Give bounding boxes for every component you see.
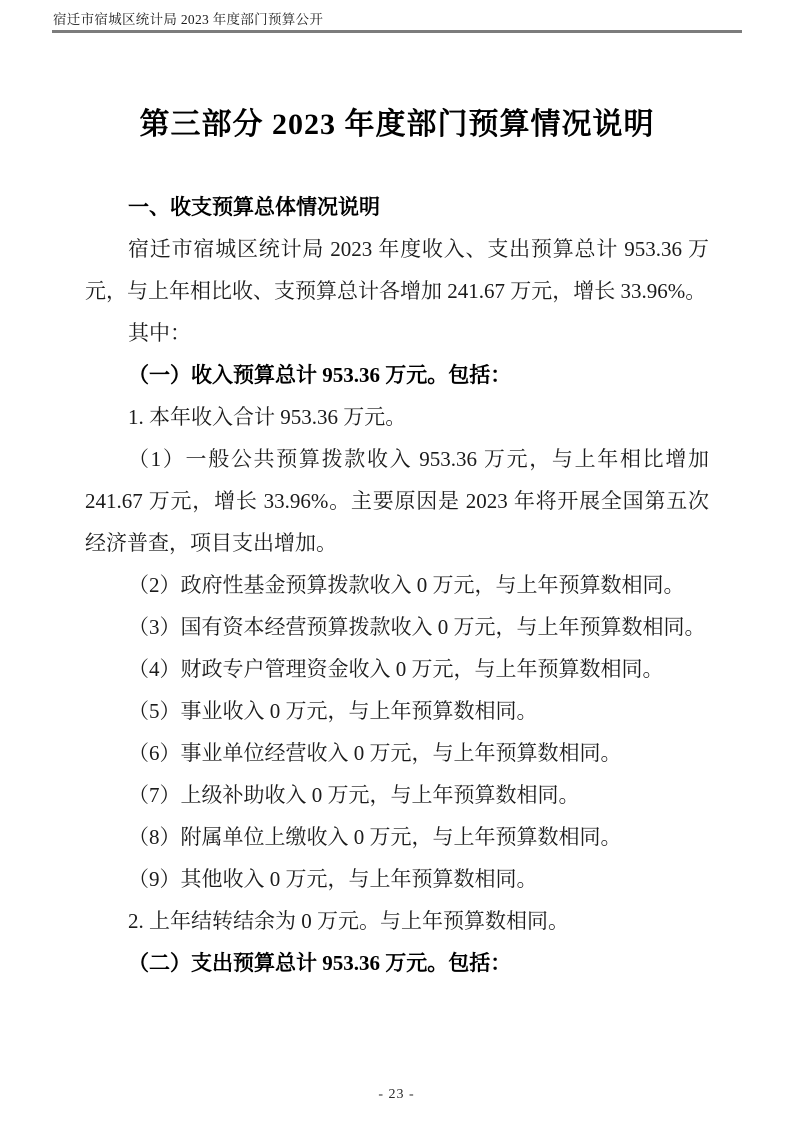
para-income-item-5: （5）事业收入 0 万元，与上年预算数相同。: [85, 690, 709, 732]
para-among-which: 其中：: [85, 312, 709, 354]
para-carryover-balance: 2. 上年结转结余为 0 万元。与上年预算数相同。: [85, 900, 709, 942]
para-income-item-9: （9）其他收入 0 万元，与上年预算数相同。: [85, 858, 709, 900]
running-header: 宿迁市宿城区统计局 2023 年度部门预算公开: [53, 11, 323, 29]
para-section-one-heading: 一、收支预算总体情况说明: [85, 186, 709, 228]
para-income-item-7: （7）上级补助收入 0 万元，与上年预算数相同。: [85, 774, 709, 816]
para-income-item-6: （6）事业单位经营收入 0 万元，与上年预算数相同。: [85, 732, 709, 774]
para-income-subheading: （一）收入预算总计 953.36 万元。包括：: [85, 354, 709, 396]
page-number: - 23 -: [0, 1086, 793, 1104]
para-income-item-4: （4）财政专户管理资金收入 0 万元，与上年预算数相同。: [85, 648, 709, 690]
document-page: 宿迁市宿城区统计局 2023 年度部门预算公开 第三部分 2023 年度部门预算…: [0, 0, 793, 1122]
para-income-item-1: （1）一般公共预算拨款收入 953.36 万元，与上年相比增加 241.67 万…: [85, 438, 709, 564]
para-budget-overview: 宿迁市宿城区统计局 2023 年度收入、支出预算总计 953.36 万元，与上年…: [85, 228, 709, 312]
page-title: 第三部分 2023 年度部门预算情况说明: [85, 101, 709, 149]
para-current-year-income: 1. 本年收入合计 953.36 万元。: [85, 396, 709, 438]
document-body: 第三部分 2023 年度部门预算情况说明 一、收支预算总体情况说明 宿迁市宿城区…: [85, 101, 709, 984]
para-income-item-3: （3）国有资本经营预算拨款收入 0 万元，与上年预算数相同。: [85, 606, 709, 648]
header-rule-divider: [52, 30, 742, 33]
para-income-item-2: （2）政府性基金预算拨款收入 0 万元，与上年预算数相同。: [85, 564, 709, 606]
para-income-item-8: （8）附属单位上缴收入 0 万元，与上年预算数相同。: [85, 816, 709, 858]
para-expenditure-subheading: （二）支出预算总计 953.36 万元。包括：: [85, 942, 709, 984]
